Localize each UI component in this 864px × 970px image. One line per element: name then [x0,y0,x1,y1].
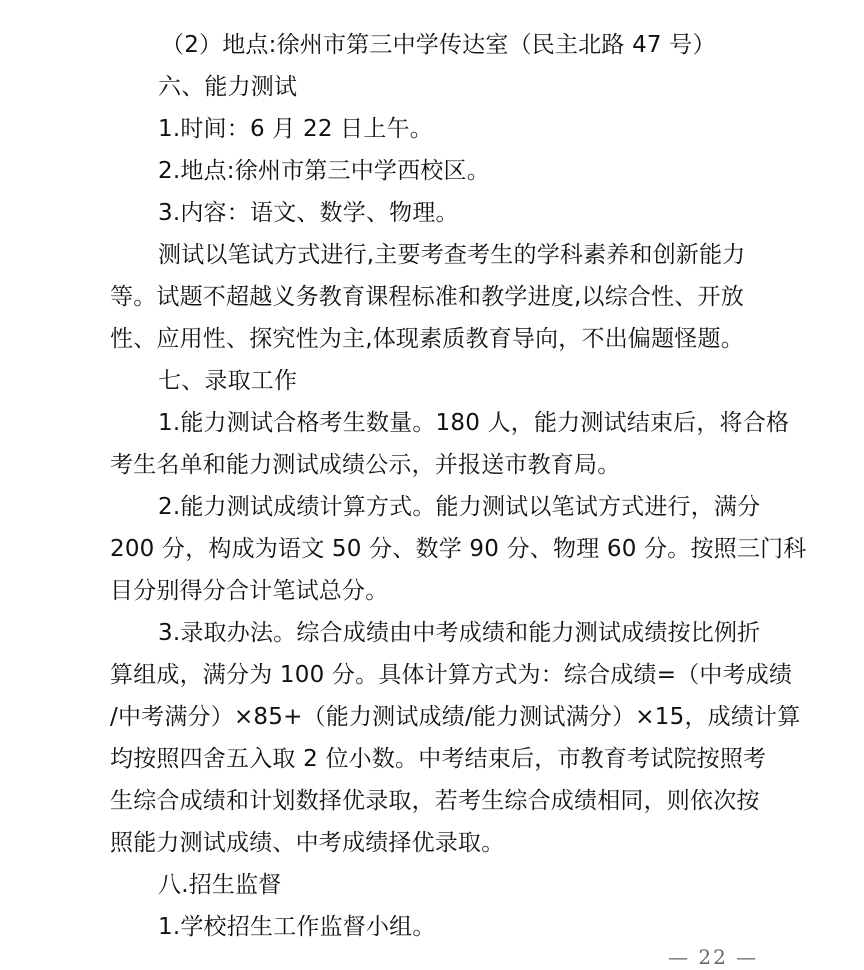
page-number: — 22 — [668,944,758,970]
paragraph-line: 性、应用性、探究性为主,体现素质教育导向，不出偏题怪题。 [110,324,744,354]
paragraph-line: 3.录取办法。综合成绩由中考成绩和能力测试成绩按比例折 [158,618,760,648]
paragraph-line: 2.能力测试成绩计算方式。能力测试以笔试方式进行，满分 [158,492,760,522]
section-heading: 八.招生监督 [158,870,282,900]
paragraph-line: 生综合成绩和计划数择优录取，若考生综合成绩相同，则依次按 [110,786,760,816]
paragraph-line: 200 分，构成为语文 50 分、数学 90 分、物理 60 分。按照三门科 [110,534,806,564]
paragraph-line: /中考满分）×85+（能力测试成绩/能力测试满分）×15，成绩计算 [110,702,800,732]
text-line: 3.内容：语文、数学、物理。 [158,198,459,228]
paragraph-line: 照能力测试成绩、中考成绩择优录取。 [110,828,504,858]
paragraph-line: 1.能力测试合格考生数量。180 人，能力测试结束后，将合格 [158,408,789,438]
paragraph-line: 均按照四舍五入取 2 位小数。中考结束后，市教育考试院按照考 [110,744,766,774]
text-line: 2.地点:徐州市第三中学西校区。 [158,156,490,186]
paragraph-line: 目分别得分合计笔试总分。 [110,576,388,606]
text-line: 1.时间：6 月 22 日上午。 [158,114,433,144]
text-line: 1.学校招生工作监督小组。 [158,912,436,942]
document-page: （2）地点:徐州市第三中学传达室（民主北路 47 号） 六、能力测试 1.时间：… [0,0,864,970]
paragraph-line: 测试以笔试方式进行,主要考查考生的学科素养和创新能力 [158,240,746,270]
paragraph-line: 算组成，满分为 100 分。具体计算方式为：综合成绩=（中考成绩 [110,660,792,690]
paragraph-line: 等。试题不超越义务教育课程标准和教学进度,以综合性、开放 [110,282,744,312]
paragraph-line: 考生名单和能力测试成绩公示，并报送市教育局。 [110,450,620,480]
section-heading: 七、录取工作 [158,366,297,396]
section-heading: 六、能力测试 [158,72,297,102]
text-line: （2）地点:徐州市第三中学传达室（民主北路 47 号） [161,30,716,60]
